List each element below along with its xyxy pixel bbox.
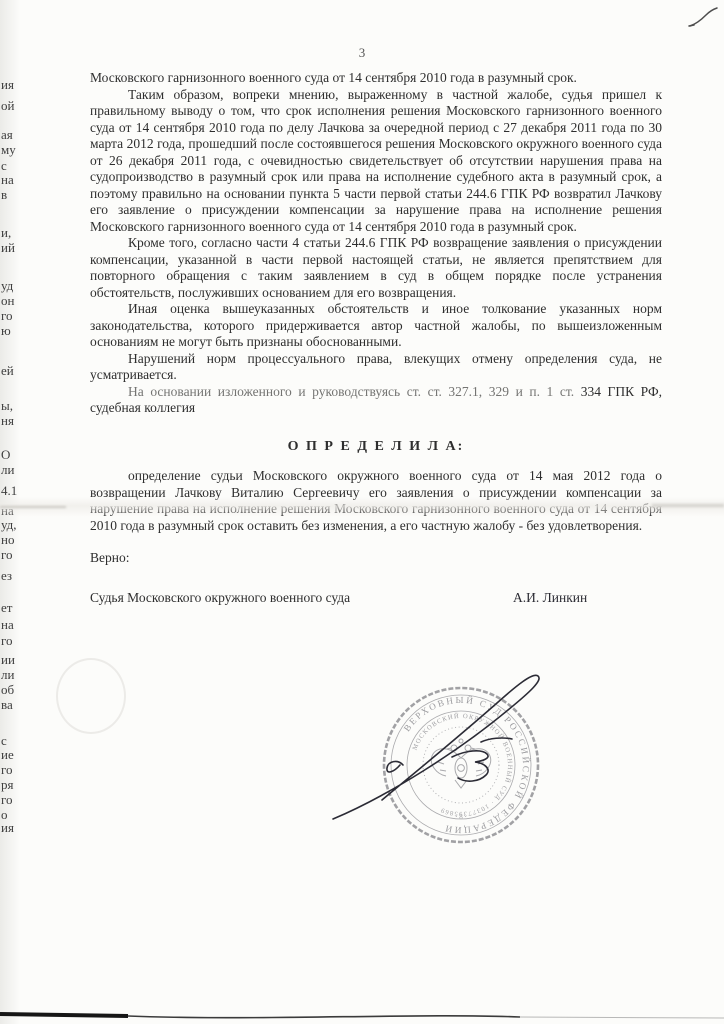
edge-fragment: ли bbox=[1, 667, 14, 683]
edge-fragment: об bbox=[1, 682, 14, 698]
stamp-ghost-arc bbox=[56, 658, 126, 734]
resolution-heading: О П Р Е Д Е Л И Л А: bbox=[90, 439, 662, 456]
paragraph-inaya-ocenka: Иная оценка вышеуказанных обстоятельств … bbox=[90, 301, 662, 351]
judge-title: Судья Московского окружного военного суд… bbox=[90, 590, 350, 605]
edge-fragment: го bbox=[1, 308, 13, 324]
edge-fragments: ияойаямуснави,ийудонгоюейы,няОли4.1науд,… bbox=[0, 0, 20, 1024]
edge-fragment: ей bbox=[1, 363, 14, 379]
paragraph-thus: Таким образом, вопреки мнению, выраженно… bbox=[90, 87, 662, 236]
edge-fragment: и, bbox=[1, 225, 11, 241]
edge-fragment: ня bbox=[1, 413, 14, 429]
edge-fragment: ие bbox=[1, 747, 14, 763]
signature-row: Судья Московского окружного военного суд… bbox=[90, 590, 662, 610]
pen-check-mark bbox=[688, 6, 720, 30]
edge-fragment: ез bbox=[1, 568, 12, 584]
edge-fragment: го bbox=[1, 547, 13, 563]
paragraph-na-osnovanii: На основании изложенного и руководствуяс… bbox=[90, 384, 662, 417]
edge-fragment: му bbox=[1, 142, 16, 158]
verno-label: Верно: bbox=[90, 550, 662, 567]
edge-fragment: ии bbox=[1, 652, 15, 668]
paragraph-narusheniy: Нарушений норм процессуального права, вл… bbox=[90, 351, 662, 384]
edge-fragment: го bbox=[1, 762, 13, 778]
edge-fragment: ли bbox=[1, 462, 14, 478]
paragraph-continuation: Московского гарнизонного военного суда о… bbox=[90, 70, 662, 87]
edge-fragment: но bbox=[1, 532, 14, 548]
edge-fragment: го bbox=[1, 633, 13, 649]
edge-fragment: ря bbox=[1, 777, 13, 793]
edge-fragment: на bbox=[1, 172, 14, 188]
edge-fragment: О bbox=[1, 447, 10, 463]
edge-fragment: ий bbox=[1, 240, 15, 256]
edge-fragment: ю bbox=[1, 323, 11, 339]
judge-name: А.И. Линкин bbox=[513, 590, 587, 607]
faded-fold-line: На основании изложенного и руководствуяс… bbox=[128, 384, 581, 399]
edge-fragment: в bbox=[1, 187, 7, 203]
edge-fragment: ой bbox=[1, 98, 14, 114]
edge-fragment: 4.1 bbox=[1, 483, 17, 499]
edge-fragment: ы, bbox=[1, 398, 13, 414]
edge-fragment: на bbox=[1, 617, 14, 633]
scanned-court-document: ияойаямуснави,ийудонгоюейы,няОли4.1науд,… bbox=[0, 0, 724, 1024]
edge-fragment: ая bbox=[1, 127, 13, 143]
edge-fragment: го bbox=[1, 792, 13, 808]
page-number: 3 bbox=[0, 45, 724, 61]
edge-fragment: ва bbox=[1, 697, 13, 713]
edge-fragment: уд, bbox=[1, 517, 17, 533]
document-body: Московского гарнизонного военного суда о… bbox=[90, 70, 662, 610]
paragraph-resolution: определение судьи Московского окружного … bbox=[90, 468, 662, 534]
scan-bottom-edge bbox=[0, 1008, 724, 1024]
edge-fragment: ия bbox=[1, 77, 14, 93]
fold-streak-left bbox=[0, 506, 66, 508]
edge-fragment: он bbox=[1, 293, 14, 309]
edge-fragment: ия bbox=[1, 820, 14, 836]
edge-fragment: уд bbox=[1, 278, 13, 294]
fold-streak-right bbox=[652, 504, 724, 507]
judge-signature bbox=[315, 665, 565, 840]
paragraph-krome-togo: Кроме того, согласно части 4 статьи 244.… bbox=[90, 235, 662, 301]
edge-fragment: ет bbox=[1, 600, 12, 616]
